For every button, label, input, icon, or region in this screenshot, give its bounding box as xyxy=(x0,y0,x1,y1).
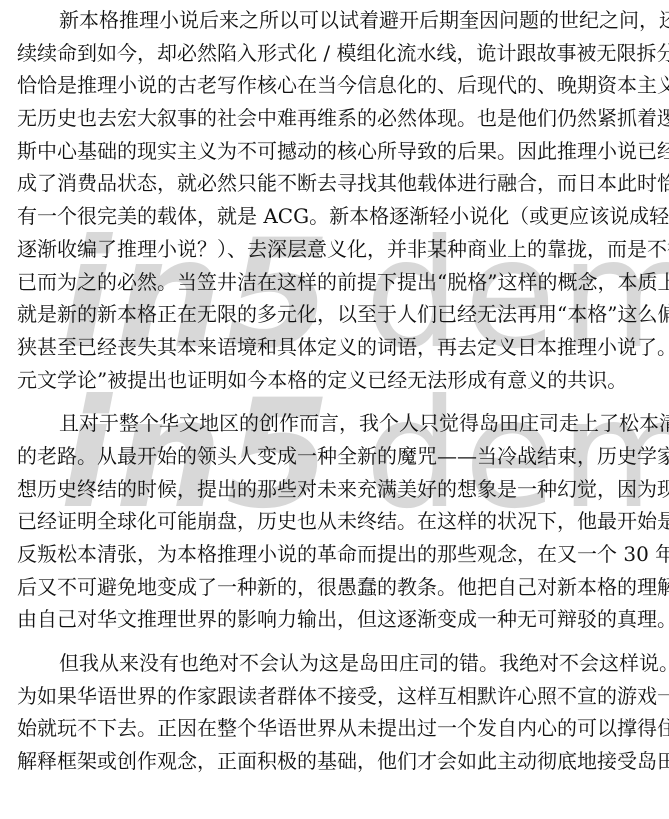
text-line: 无历史也去宏大叙事的社会中难再维系的必然体现。也是他们仍然紧抓着逻各 xyxy=(17,102,653,135)
text-line: 的老路。从最开始的领头人变成一种全新的魔咒——当冷战结束，历史学家畅 xyxy=(17,440,653,473)
paragraph-gap xyxy=(17,636,653,647)
text-line: 有一个很完美的载体，就是 ACG。新本格逐渐轻小说化（或更应该说成轻小说 xyxy=(17,200,653,233)
text-line: 为如果华语世界的作家跟读者群体不接受，这样互相默许心照不宣的游戏一开 xyxy=(17,680,653,713)
text-line: 成了消费品状态，就必然只能不断去寻找其他载体进行融合，而日本此时恰好 xyxy=(17,167,653,200)
paragraph-gap xyxy=(17,396,653,407)
paragraph-2: 且对于整个华文地区的创作而言，我个人只觉得岛田庄司走上了松本清张 的老路。从最开… xyxy=(17,407,653,636)
text-line: 逐渐收编了推理小说？）、去深层意义化，并非某种商业上的靠拢，而是不得 xyxy=(17,233,653,266)
document-page: in5demo in5demo 新本格推理小说后来之所以可以试着避开后期奎因问题… xyxy=(0,0,669,819)
text-line: 就是新的新本格正在无限的多元化，以至于人们已经无法再用“本格”这么偏 xyxy=(17,298,653,331)
document-body: 新本格推理小说后来之所以可以试着避开后期奎因问题的世纪之问，还继 续续命到如今，… xyxy=(17,4,653,778)
text-line: 已经证明全球化可能崩盘，历史也从未终结。在这样的状况下，他最开始是为 xyxy=(17,505,653,538)
paragraph-3: 但我从来没有也绝对不会认为这是岛田庄司的错。我绝对不会这样说。因 为如果华语世界… xyxy=(17,647,653,778)
text-line: 由自己对华文推理世界的影响力输出，但这逐渐变成一种无可辩驳的真理。 xyxy=(17,603,653,636)
text-line: 续续命到如今，却必然陷入形式化 / 模组化流水线，诡计跟故事被无限拆分重组， xyxy=(17,37,653,70)
text-line: 元文学论”被提出也证明如今本格的定义已经无法形成有意义的共识。 xyxy=(17,364,653,397)
text-line: 解释框架或创作观念，正面积极的基础，他们才会如此主动彻底地接受岛田庄 xyxy=(17,745,653,778)
text-line: 想历史终结的时候，提出的那些对未来充满美好的想象是一种幻觉，因为现在 xyxy=(17,473,653,506)
text-line: 但我从来没有也绝对不会认为这是岛田庄司的错。我绝对不会这样说。因 xyxy=(17,647,653,680)
text-line: 斯中心基础的现实主义为不可撼动的核心所导致的后果。因此推理小说已经变 xyxy=(17,135,653,168)
text-line: 后又不可避免地变成了一种新的，很愚蠢的教条。他把自己对新本格的理解借 xyxy=(17,571,653,604)
text-line: 已而为之的必然。当笠井洁在这样的前提下提出“脱格”这样的概念，本质上 xyxy=(17,266,653,299)
text-line: 狭甚至已经丧失其本来语境和具体定义的词语，再去定义日本推理小说了。“多 xyxy=(17,331,653,364)
paragraph-1: 新本格推理小说后来之所以可以试着避开后期奎因问题的世纪之问，还继 续续命到如今，… xyxy=(17,4,653,396)
text-line: 恰恰是推理小说的古老写作核心在当今信息化的、后现代的、晚期资本主义的， xyxy=(17,69,653,102)
text-line: 反叛松本清张，为本格推理小说的革命而提出的那些观念，在又一个 30 年时光 xyxy=(17,538,653,571)
text-line: 新本格推理小说后来之所以可以试着避开后期奎因问题的世纪之问，还继 xyxy=(17,4,653,37)
text-line: 始就玩不下去。正因在整个华语世界从未提出过一个发自内心的可以撑得住的 xyxy=(17,712,653,745)
text-line: 且对于整个华文地区的创作而言，我个人只觉得岛田庄司走上了松本清张 xyxy=(17,407,653,440)
